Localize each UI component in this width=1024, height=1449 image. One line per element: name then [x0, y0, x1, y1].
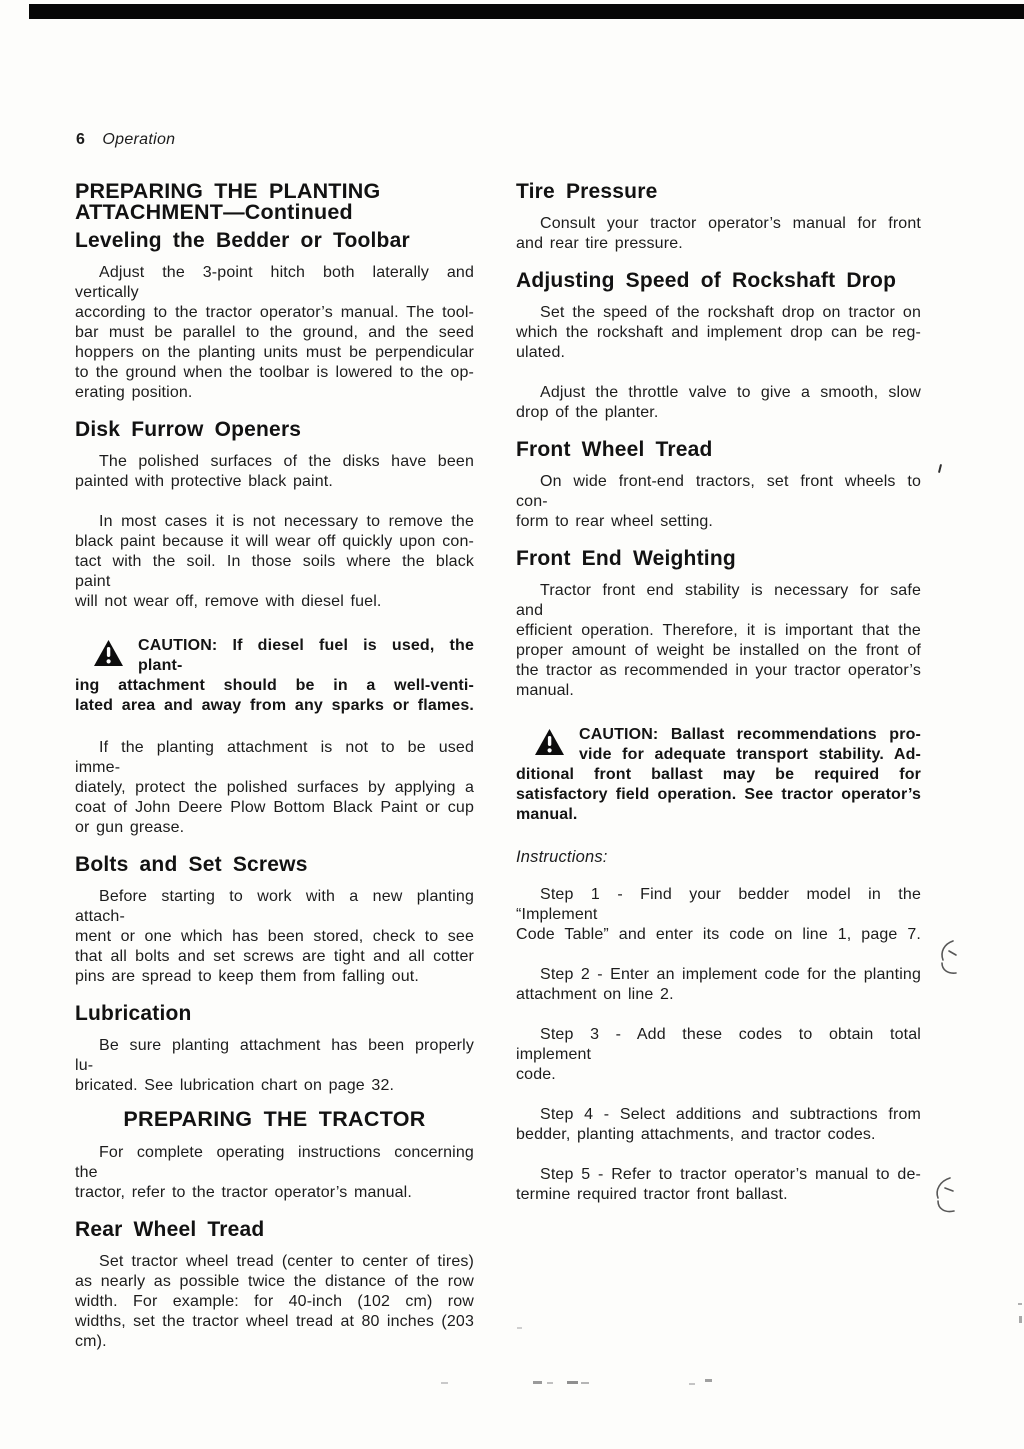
text-line: code. [516, 1065, 921, 1085]
heading-rear-wheel-tread: Rear Wheel Tread [75, 1219, 474, 1241]
text-line: Before starting to work with a new plant… [75, 887, 474, 927]
heading-preparing-planting-attachment: PREPARING THE PLANTINGATTACHMENT—Continu… [75, 181, 474, 223]
text-line: to the ground when the toolbar is lowere… [75, 363, 474, 383]
text-line: Be sure planting attachment has been pro… [75, 1036, 474, 1076]
text-line: diately, protect the polished surfaces b… [75, 778, 474, 798]
section-title: Operation [102, 131, 175, 148]
text-line: The polished surfaces of the disks have … [75, 452, 474, 472]
text-line: painted with protective black paint. [75, 472, 474, 492]
paragraph-step-5: Step 5 - Refer to tractor operator’s man… [516, 1165, 921, 1205]
text-line: tractor, refer to the tractor operator’s… [75, 1183, 474, 1203]
paragraph-rear-wheel-tread: Set tractor wheel tread (center to cente… [75, 1252, 474, 1352]
text-line: width. For example: for 40-inch (102 cm)… [75, 1292, 474, 1312]
text-line: Step 5 - Refer to tractor operator’s man… [516, 1165, 921, 1185]
text-line: and rear tire pressure. [516, 234, 921, 254]
heading-disk-furrow-openers: Disk Furrow Openers [75, 419, 474, 441]
text-line: ulated. [516, 343, 921, 363]
scan-artifact-speck [1019, 1316, 1022, 1323]
text-line: If the planting attachment is not to be … [75, 738, 474, 778]
heading-leveling-bedder-toolbar: Leveling the Bedder or Toolbar [75, 230, 474, 252]
text-line: Adjust the 3-point hitch both laterally … [75, 263, 474, 303]
text-line: ing attachment should be in a well-venti… [75, 676, 474, 696]
text-line: as nearly as possible twice the distance… [75, 1272, 474, 1292]
scan-artifact-speck [441, 1382, 448, 1384]
text-line: For complete operating instructions conc… [75, 1143, 474, 1183]
text-line: Step 1 - Find your bedder model in the “… [516, 885, 921, 925]
text-line: form to rear wheel setting. [516, 512, 921, 532]
text-line: erating position. [75, 383, 474, 403]
heading-preparing-the-tractor: PREPARING THE TRACTOR [75, 1108, 474, 1130]
text-line: black paint because it will wear off qui… [75, 532, 474, 552]
heading-line: Disk Furrow Openers [75, 419, 474, 441]
caution-ballast: CAUTION: Ballast recommendations pro-vid… [516, 725, 921, 825]
text-line: efficient operation. Therefore, it is im… [516, 621, 921, 641]
text-line: vide for adequate transport stability. A… [516, 745, 921, 765]
warning-triangle-icon [94, 640, 123, 666]
heading-line: PREPARING THE TRACTOR [75, 1108, 474, 1130]
paragraph-bolts: Before starting to work with a new plant… [75, 887, 474, 987]
scan-artifact-pencil-squiggle [931, 1175, 959, 1217]
text-line: Step 3 - Add these codes to obtain total… [516, 1025, 921, 1065]
paragraph-lubrication: Be sure planting attachment has been pro… [75, 1036, 474, 1096]
text-line: coat of John Deere Plow Bottom Black Pai… [75, 798, 474, 818]
text-line: Code Table” and enter its code on line 1… [516, 925, 921, 945]
heading-line: Tire Pressure [516, 181, 921, 203]
scan-artifact-pencil-squiggle [936, 939, 960, 979]
text-line: CAUTION: Ballast recommendations pro- [516, 725, 921, 745]
paragraph-step-2: Step 2 - Enter an implement code for the… [516, 965, 921, 1005]
paragraph-disk-paint-removal: In most cases it is not necessary to rem… [75, 512, 474, 612]
text-line: manual. [516, 681, 921, 701]
page-top-scan-bar [29, 4, 1024, 19]
text-line: proper amount of weight be installed on … [516, 641, 921, 661]
text-line: pins are spread to keep them from fallin… [75, 967, 474, 987]
text-line: Step 2 - Enter an implement code for the… [516, 965, 921, 985]
text-line: satisfactory field operation. See tracto… [516, 785, 921, 805]
left-column: PREPARING THE PLANTINGATTACHMENT—Continu… [75, 181, 474, 1352]
text-line: drop of the planter. [516, 403, 921, 423]
heading-line: Lubrication [75, 1003, 474, 1025]
manual-page: 6Operation PREPARING THE PLANTINGATTACHM… [0, 0, 1024, 1449]
text-line: that all bolts and set screws are tight … [75, 947, 474, 967]
scan-artifact-tick [938, 464, 942, 473]
instructions-label: Instructions: [516, 847, 921, 867]
scan-artifact-speck [705, 1379, 712, 1382]
paragraph-step-4: Step 4 - Select additions and subtractio… [516, 1105, 921, 1145]
scan-artifact-speck [547, 1382, 553, 1384]
heading-line: PREPARING THE PLANTING [75, 181, 474, 202]
text-line: or gun grease. [75, 818, 474, 838]
heading-line: Adjusting Speed of Rockshaft Drop [516, 270, 921, 292]
text-line: manual. [516, 805, 921, 825]
text-line: bricated. See lubrication chart on page … [75, 1076, 474, 1096]
text-line: which the rockshaft and implement drop c… [516, 323, 921, 343]
paragraph-disk-painted: The polished surfaces of the disks have … [75, 452, 474, 492]
heading-line: Front End Weighting [516, 548, 921, 570]
heading-line: Bolts and Set Screws [75, 854, 474, 876]
text-line: the tractor as recommended in your tract… [516, 661, 921, 681]
paragraph-protect-surfaces: If the planting attachment is not to be … [75, 738, 474, 838]
scan-artifact-speck [581, 1382, 589, 1384]
paragraph-rockshaft-speed: Set the speed of the rockshaft drop on t… [516, 303, 921, 363]
text-line: bedder, planting attachments, and tracto… [516, 1125, 921, 1145]
text-line: bar must be parallel to the ground, and … [75, 323, 474, 343]
text-line: Tractor front end stability is necessary… [516, 581, 921, 621]
text-line: termine required tractor front ballast. [516, 1185, 921, 1205]
heading-front-wheel-tread: Front Wheel Tread [516, 439, 921, 461]
text-line: according to the tractor operator’s manu… [75, 303, 474, 323]
text-line: ditional front ballast may be required f… [516, 765, 921, 785]
text-line: hoppers on the planting units must be pe… [75, 343, 474, 363]
text-line: Adjust the throttle valve to give a smoo… [516, 383, 921, 403]
text-line: Step 4 - Select additions and subtractio… [516, 1105, 921, 1125]
heading-rockshaft-drop: Adjusting Speed of Rockshaft Drop [516, 270, 921, 292]
heading-front-end-weighting: Front End Weighting [516, 548, 921, 570]
paragraph-tractor-instructions: For complete operating instructions conc… [75, 1143, 474, 1203]
paragraph-throttle-valve: Adjust the throttle valve to give a smoo… [516, 383, 921, 423]
heading-bolts-set-screws: Bolts and Set Screws [75, 854, 474, 876]
paragraph-step-1: Step 1 - Find your bedder model in the “… [516, 885, 921, 945]
text-line: cm). [75, 1332, 474, 1352]
running-header: 6Operation [76, 131, 175, 149]
text-line: will not wear off, remove with diesel fu… [75, 592, 474, 612]
text-line: attachment on line 2. [516, 985, 921, 1005]
page-number: 6 [76, 131, 85, 148]
right-column: Tire PressureConsult your tractor operat… [516, 181, 921, 1205]
text-line: Consult your tractor operator’s manual f… [516, 214, 921, 234]
text-line: Set the speed of the rockshaft drop on t… [516, 303, 921, 323]
heading-line: Front Wheel Tread [516, 439, 921, 461]
scan-artifact-speck [567, 1381, 578, 1384]
text-line: widths, set the tractor wheel tread at 8… [75, 1312, 474, 1332]
caution-diesel-fuel: CAUTION: If diesel fuel is used, the pla… [75, 636, 474, 716]
text-line: ment or one which has been stored, check… [75, 927, 474, 947]
scan-artifact-speck [517, 1327, 522, 1329]
text-line: CAUTION: If diesel fuel is used, the pla… [75, 636, 474, 676]
text-line: On wide front-end tractors, set front wh… [516, 472, 921, 512]
text-line: Set tractor wheel tread (center to cente… [75, 1252, 474, 1272]
heading-line: Leveling the Bedder or Toolbar [75, 230, 474, 252]
paragraph-front-wheel-tread: On wide front-end tractors, set front wh… [516, 472, 921, 532]
paragraph-leveling: Adjust the 3-point hitch both laterally … [75, 263, 474, 403]
heading-lubrication: Lubrication [75, 1003, 474, 1025]
heading-line: ATTACHMENT—Continued [75, 202, 474, 223]
heading-line: Rear Wheel Tread [75, 1219, 474, 1241]
paragraph-step-3: Step 3 - Add these codes to obtain total… [516, 1025, 921, 1085]
text-line: tact with the soil. In those soils where… [75, 552, 474, 592]
scan-artifact-speck [1018, 1303, 1022, 1305]
text-line: In most cases it is not necessary to rem… [75, 512, 474, 532]
warning-triangle-icon [535, 729, 564, 755]
paragraph-tire-pressure: Consult your tractor operator’s manual f… [516, 214, 921, 254]
scan-artifact-speck [533, 1381, 542, 1384]
heading-tire-pressure: Tire Pressure [516, 181, 921, 203]
scan-artifact-speck [689, 1383, 695, 1385]
paragraph-front-end-weighting: Tractor front end stability is necessary… [516, 581, 921, 701]
text-line: lated area and away from any sparks or f… [75, 696, 474, 716]
